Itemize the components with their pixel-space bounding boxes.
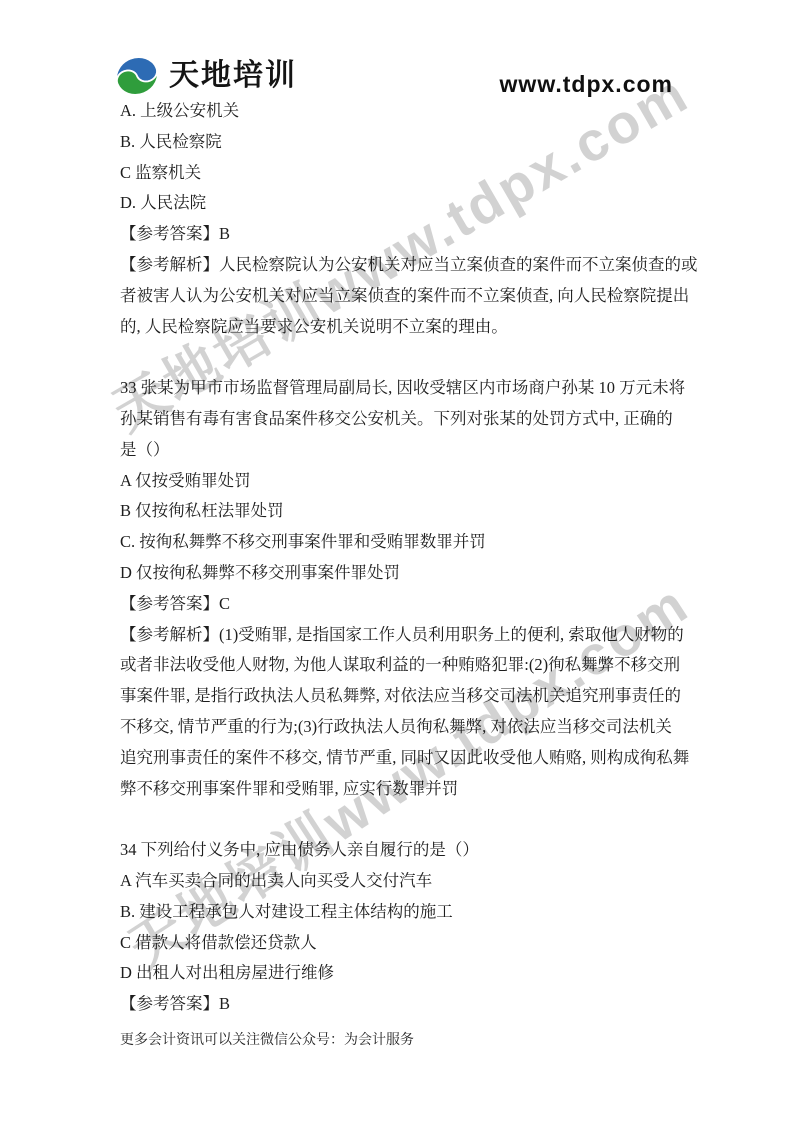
text-line: 或者非法收受他人财物, 为他人谋取利益的一种贿赂犯罪:(2)徇私舞弊不移交刑 (120, 650, 730, 681)
text-line: A 仅按受贿罪处罚 (120, 466, 730, 497)
text-line: B. 建设工程承包人对建设工程主体结构的施工 (120, 897, 730, 928)
text-line: 34 下列给付义务中, 应由债务人亲自履行的是（） (120, 835, 730, 866)
footer-note: 更多会计资讯可以关注微信公众号：为会计服务 (120, 1031, 414, 1051)
text-line: B 仅按徇私枉法罪处罚 (120, 496, 730, 527)
text-line: 的, 人民检察院应当要求公安机关说明不立案的理由。 (120, 312, 730, 343)
text-line: D. 人民法院 (120, 188, 730, 219)
logo: 天地培训 (112, 54, 297, 98)
text-line: 是（） (120, 435, 730, 466)
site-url: www.tdpx.com (500, 71, 673, 98)
text-line: D 仅按徇私舞弊不移交刑事案件罪处罚 (120, 558, 730, 589)
text-line: 【参考答案】C (120, 589, 730, 620)
text-line: B. 人民检察院 (120, 127, 730, 158)
text-line: 不移交, 情节严重的行为;(3)行政执法人员徇私舞弊, 对依法应当移交司法机关 (120, 712, 730, 743)
question-33: 33 张某为甲市市场监督管理局副局长, 因收受辖区内市场商户孙某 10 万元未将… (120, 373, 730, 804)
text-line: 追究刑事责任的案件不移交, 情节严重, 同时又因此收受他人贿赂, 则构成徇私舞 (120, 743, 730, 774)
text-line: A 汽车买卖合同的出卖人向买受人交付汽车 (120, 866, 730, 897)
text-line: A. 上级公安机关 (120, 96, 730, 127)
text-line: C 借款人将借款偿还贷款人 (120, 928, 730, 959)
text-line: 33 张某为甲市市场监督管理局副局长, 因收受辖区内市场商户孙某 10 万元未将 (120, 373, 730, 404)
text-line: 事案件罪, 是指行政执法人员私舞弊, 对依法应当移交司法机关追究刑事责任的 (120, 681, 730, 712)
document-page: 天地培训www.tdpx.com 天地培训www.tdpx.com 天地培训 w… (0, 0, 793, 1122)
logo-title: 天地培训 (169, 61, 297, 91)
text-line: 孙某销售有毒有害食品案件移交公安机关。下列对张某的处罚方式中, 正确的 (120, 404, 730, 435)
text-line: 【参考解析】人民检察院认为公安机关对应当立案侦查的案件而不立案侦查的或 (120, 250, 730, 281)
document-body: A. 上级公安机关B. 人民检察院C 监察机关D. 人民法院【参考答案】B【参考… (120, 96, 730, 1020)
text-line: 【参考答案】B (120, 219, 730, 250)
text-line: 【参考解析】(1)受贿罪, 是指国家工作人员利用职务上的便利, 索取他人财物的 (120, 620, 730, 651)
question-34: 34 下列给付义务中, 应由债务人亲自履行的是（）A 汽车买卖合同的出卖人向买受… (120, 835, 730, 1020)
text-line: 者被害人认为公安机关对应当立案侦查的案件而不立案侦查, 向人民检察院提出 (120, 281, 730, 312)
text-line: C. 按徇私舞弊不移交刑事案件罪和受贿罪数罪并罚 (120, 527, 730, 558)
text-line: 【参考答案】B (120, 989, 730, 1020)
text-line: C 监察机关 (120, 158, 730, 189)
logo-icon (112, 54, 162, 98)
question-32-options-answer: A. 上级公安机关B. 人民检察院C 监察机关D. 人民法院【参考答案】B【参考… (120, 96, 730, 342)
text-line: D 出租人对出租房屋进行维修 (120, 958, 730, 989)
text-line: 弊不移交刑事案件罪和受贿罪, 应实行数罪并罚 (120, 774, 730, 805)
